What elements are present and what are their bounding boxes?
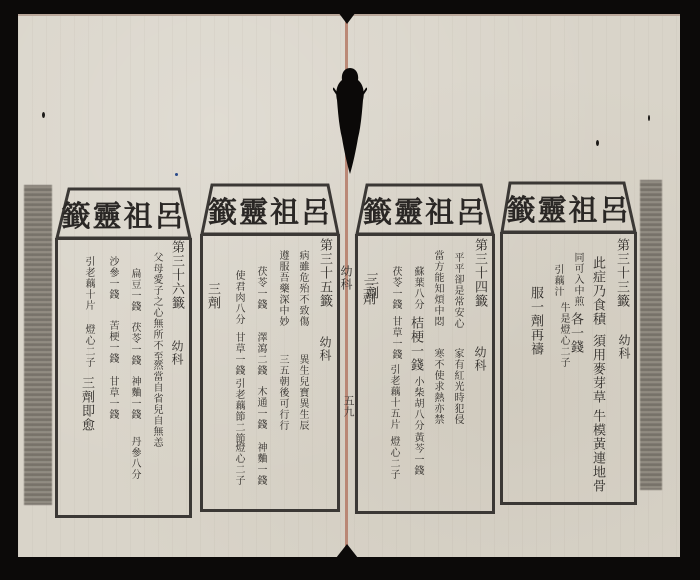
- verse-line: 異生兒寶異生辰: [297, 354, 307, 431]
- prescription-line: 甘草一錢: [107, 376, 117, 420]
- prescription-line: 丹參八分: [129, 436, 139, 480]
- verse-line: 平平卻是常安心: [452, 252, 462, 329]
- prescription-line: 神麯一錢: [129, 376, 139, 420]
- lot-category: 幼科: [319, 336, 331, 362]
- prescription-line: 沙參一錢: [107, 256, 117, 300]
- bookmark-silhouette-icon: [333, 66, 367, 176]
- verse-line: 遵服吾藥深中妙: [277, 250, 287, 327]
- verse-line: 然當自省兒自無恙: [151, 360, 161, 448]
- lot-slip-35: 呂祖靈籤 第三十五籤 幼科 病雖危殆不致傷 異生兒寶異生辰 遵服吾藥深中妙 三五…: [200, 182, 340, 512]
- prescription-line: 燈心二子: [83, 324, 93, 368]
- prescription-line: 桔梗一錢: [409, 316, 422, 372]
- right-edge-smudge: [640, 180, 662, 490]
- verse-line: 父母愛子之心無所不至: [151, 252, 161, 362]
- slip-title: 呂祖靈籤: [55, 194, 192, 235]
- prescription-line: 燈心二子: [233, 442, 243, 486]
- verse-line: 當方能知煩中悶: [432, 250, 442, 327]
- prescription-line: 引老藕十片: [83, 256, 93, 311]
- prescription-line: 各一錢: [569, 312, 582, 354]
- page-number: 五九: [340, 395, 356, 417]
- dosage-count: 三劑: [361, 278, 374, 306]
- left-edge-smudge: [24, 185, 52, 505]
- prescription-line: 扁豆一錢: [129, 268, 139, 312]
- instruction-line: 服一劑再禱: [529, 286, 542, 356]
- prescription-line: 神麯一錢: [255, 442, 265, 486]
- lot-category: 幼科: [474, 346, 486, 372]
- lot-slip-33: 呂祖靈籤 第三十三籤 幼科 此症乃食積 須用麥芽草 牛模黃連地骨 同可入中煎 各…: [500, 180, 637, 505]
- prescription-line: 使君肉八分: [233, 270, 243, 325]
- paper-speck: [648, 115, 650, 121]
- slip-body: 第三十四籤 幼科 平平卻是常安心 家有紅光時犯侵 當方能知煩中悶 寒不使求熱亦禁…: [355, 234, 495, 514]
- verse-line: 病雖危殆不致傷: [297, 250, 307, 327]
- lot-number: 第三十六籤: [170, 240, 183, 310]
- gutter-notch-bottom: [336, 544, 358, 558]
- prescription-line: 同可入中煎: [572, 252, 582, 307]
- verse-line: 寒不使求熱亦禁: [432, 348, 442, 425]
- slip-title: 呂祖靈籤: [355, 190, 495, 231]
- prescription-line: 黃芩一錢: [412, 432, 422, 476]
- slip-title: 呂祖靈籤: [200, 190, 340, 231]
- prescription-line: 木通一錢: [255, 386, 265, 430]
- slip-header: 呂祖靈籤: [200, 182, 340, 234]
- verse-line: 三五朝後可行行: [277, 354, 287, 431]
- verse-line: 須用麥芽草: [591, 334, 604, 404]
- prescription-line: 茯苓一錢: [255, 266, 265, 310]
- slip-body: 第三十三籤 幼科 此症乃食積 須用麥芽草 牛模黃連地骨 同可入中煎 各一錢 引藕…: [500, 232, 637, 505]
- prescription-line: 甘草一錢: [233, 332, 243, 376]
- prescription-line: 茯苓一錢: [129, 322, 139, 366]
- lot-number: 第三十五籤: [318, 238, 331, 308]
- prescription-line: 引老藕節二節: [233, 378, 243, 444]
- prescription-line: 燈心二子: [388, 436, 398, 480]
- prescription-line: 甘草一錢: [390, 316, 400, 360]
- prescription-line: 澤瀉二錢: [255, 332, 265, 376]
- lot-number: 第三十四籤: [473, 238, 486, 308]
- lot-category: 幼科: [171, 340, 183, 366]
- gutter-category-label: 幼科: [340, 265, 352, 291]
- lot-number: 第三十三籤: [615, 238, 628, 308]
- dosage-count: 三劑即愈: [80, 376, 93, 432]
- slip-header: 呂祖靈籤: [355, 182, 495, 234]
- gutter-notch-top: [338, 12, 356, 24]
- paper-speck: [42, 112, 45, 118]
- prescription-line: 小柴胡八分: [412, 376, 422, 431]
- prescription-line: 茯苓一錢: [390, 266, 400, 310]
- slip-header: 呂祖靈籤: [55, 186, 192, 238]
- dosage-count: 三劑: [206, 282, 219, 310]
- prescription-line: 牛是燈心二子: [558, 302, 568, 368]
- prescription-line: 蘇葉八分: [412, 266, 422, 310]
- lot-slip-36: 呂祖靈籤 第三十六籤 幼科 父母愛子之心無所不至 然當自省兒自無恙 扁豆一錢 茯…: [55, 186, 192, 518]
- slip-body: 第三十六籤 幼科 父母愛子之心無所不至 然當自省兒自無恙 扁豆一錢 茯苓一錢 神…: [55, 238, 192, 518]
- verse-line: 家有紅光時犯侵: [452, 348, 462, 425]
- prescription-line: 引老藕十五片: [388, 364, 398, 430]
- paper-speck: [596, 140, 599, 146]
- paper-speck: [175, 173, 178, 176]
- lot-category: 幼科: [618, 334, 630, 360]
- prescription-line: 引藕汁: [552, 264, 562, 297]
- verse-line: 牛模黃連地骨: [591, 409, 604, 493]
- verse-line: 此症乃食積: [591, 256, 604, 326]
- slip-body: 第三十五籤 幼科 病雖危殆不致傷 異生兒寶異生辰 遵服吾藥深中妙 三五朝後可行行…: [200, 234, 340, 512]
- slip-header: 呂祖靈籤: [500, 180, 637, 232]
- slip-title: 呂祖靈籤: [500, 188, 637, 229]
- lot-slip-34: 呂祖靈籤 第三十四籤 幼科 平平卻是常安心 家有紅光時犯侵 當方能知煩中悶 寒不…: [355, 182, 495, 514]
- prescription-line: 苦梗一錢: [107, 320, 117, 364]
